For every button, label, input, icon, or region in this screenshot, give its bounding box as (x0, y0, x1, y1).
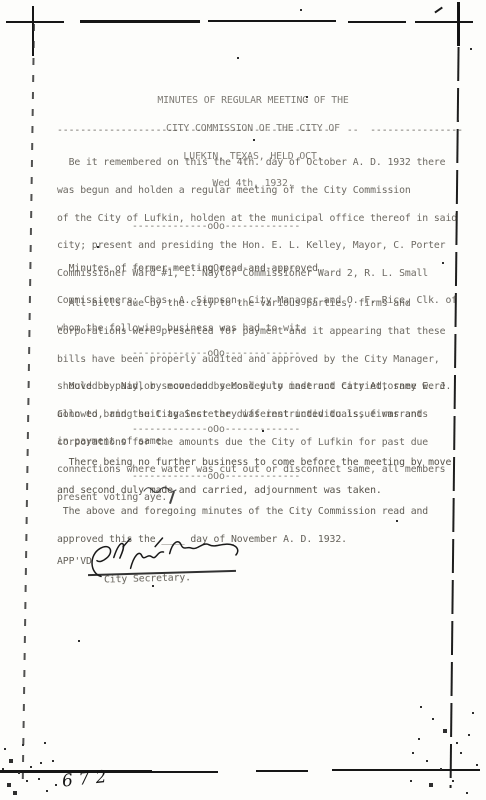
scan-line-segment (256, 770, 308, 772)
handwritten-correction (143, 484, 177, 494)
handwritten-page-number: 672 (61, 766, 113, 791)
secretary-title: City Secretary. (104, 572, 224, 584)
scanned-minutes-page: MINUTES OF REGULAR MEETING OF THE CITY C… (0, 0, 486, 800)
section-separator: -------------oOo------------- (132, 222, 332, 231)
scan-line-segment (150, 771, 218, 773)
scan-line-segment (6, 21, 64, 23)
scan-border-left (22, 24, 35, 788)
section-separator: -------------oOo------------- (132, 472, 332, 481)
scan-line-segment (332, 769, 480, 771)
scan-line-segment (80, 20, 200, 23)
scan-line-segment (208, 20, 336, 22)
scan-line-segment (348, 21, 406, 23)
scan-line-segment (415, 21, 473, 23)
section-separator: -------------oOo------------- (132, 264, 332, 273)
scan-tick-mark (434, 7, 442, 13)
dashed-rule: ----------------------------------------… (57, 126, 457, 135)
scan-noise (0, 0, 2, 2)
section-separator: -------------oOo------------- (132, 349, 332, 358)
section-separator: -------------oOo------------- (132, 425, 332, 434)
